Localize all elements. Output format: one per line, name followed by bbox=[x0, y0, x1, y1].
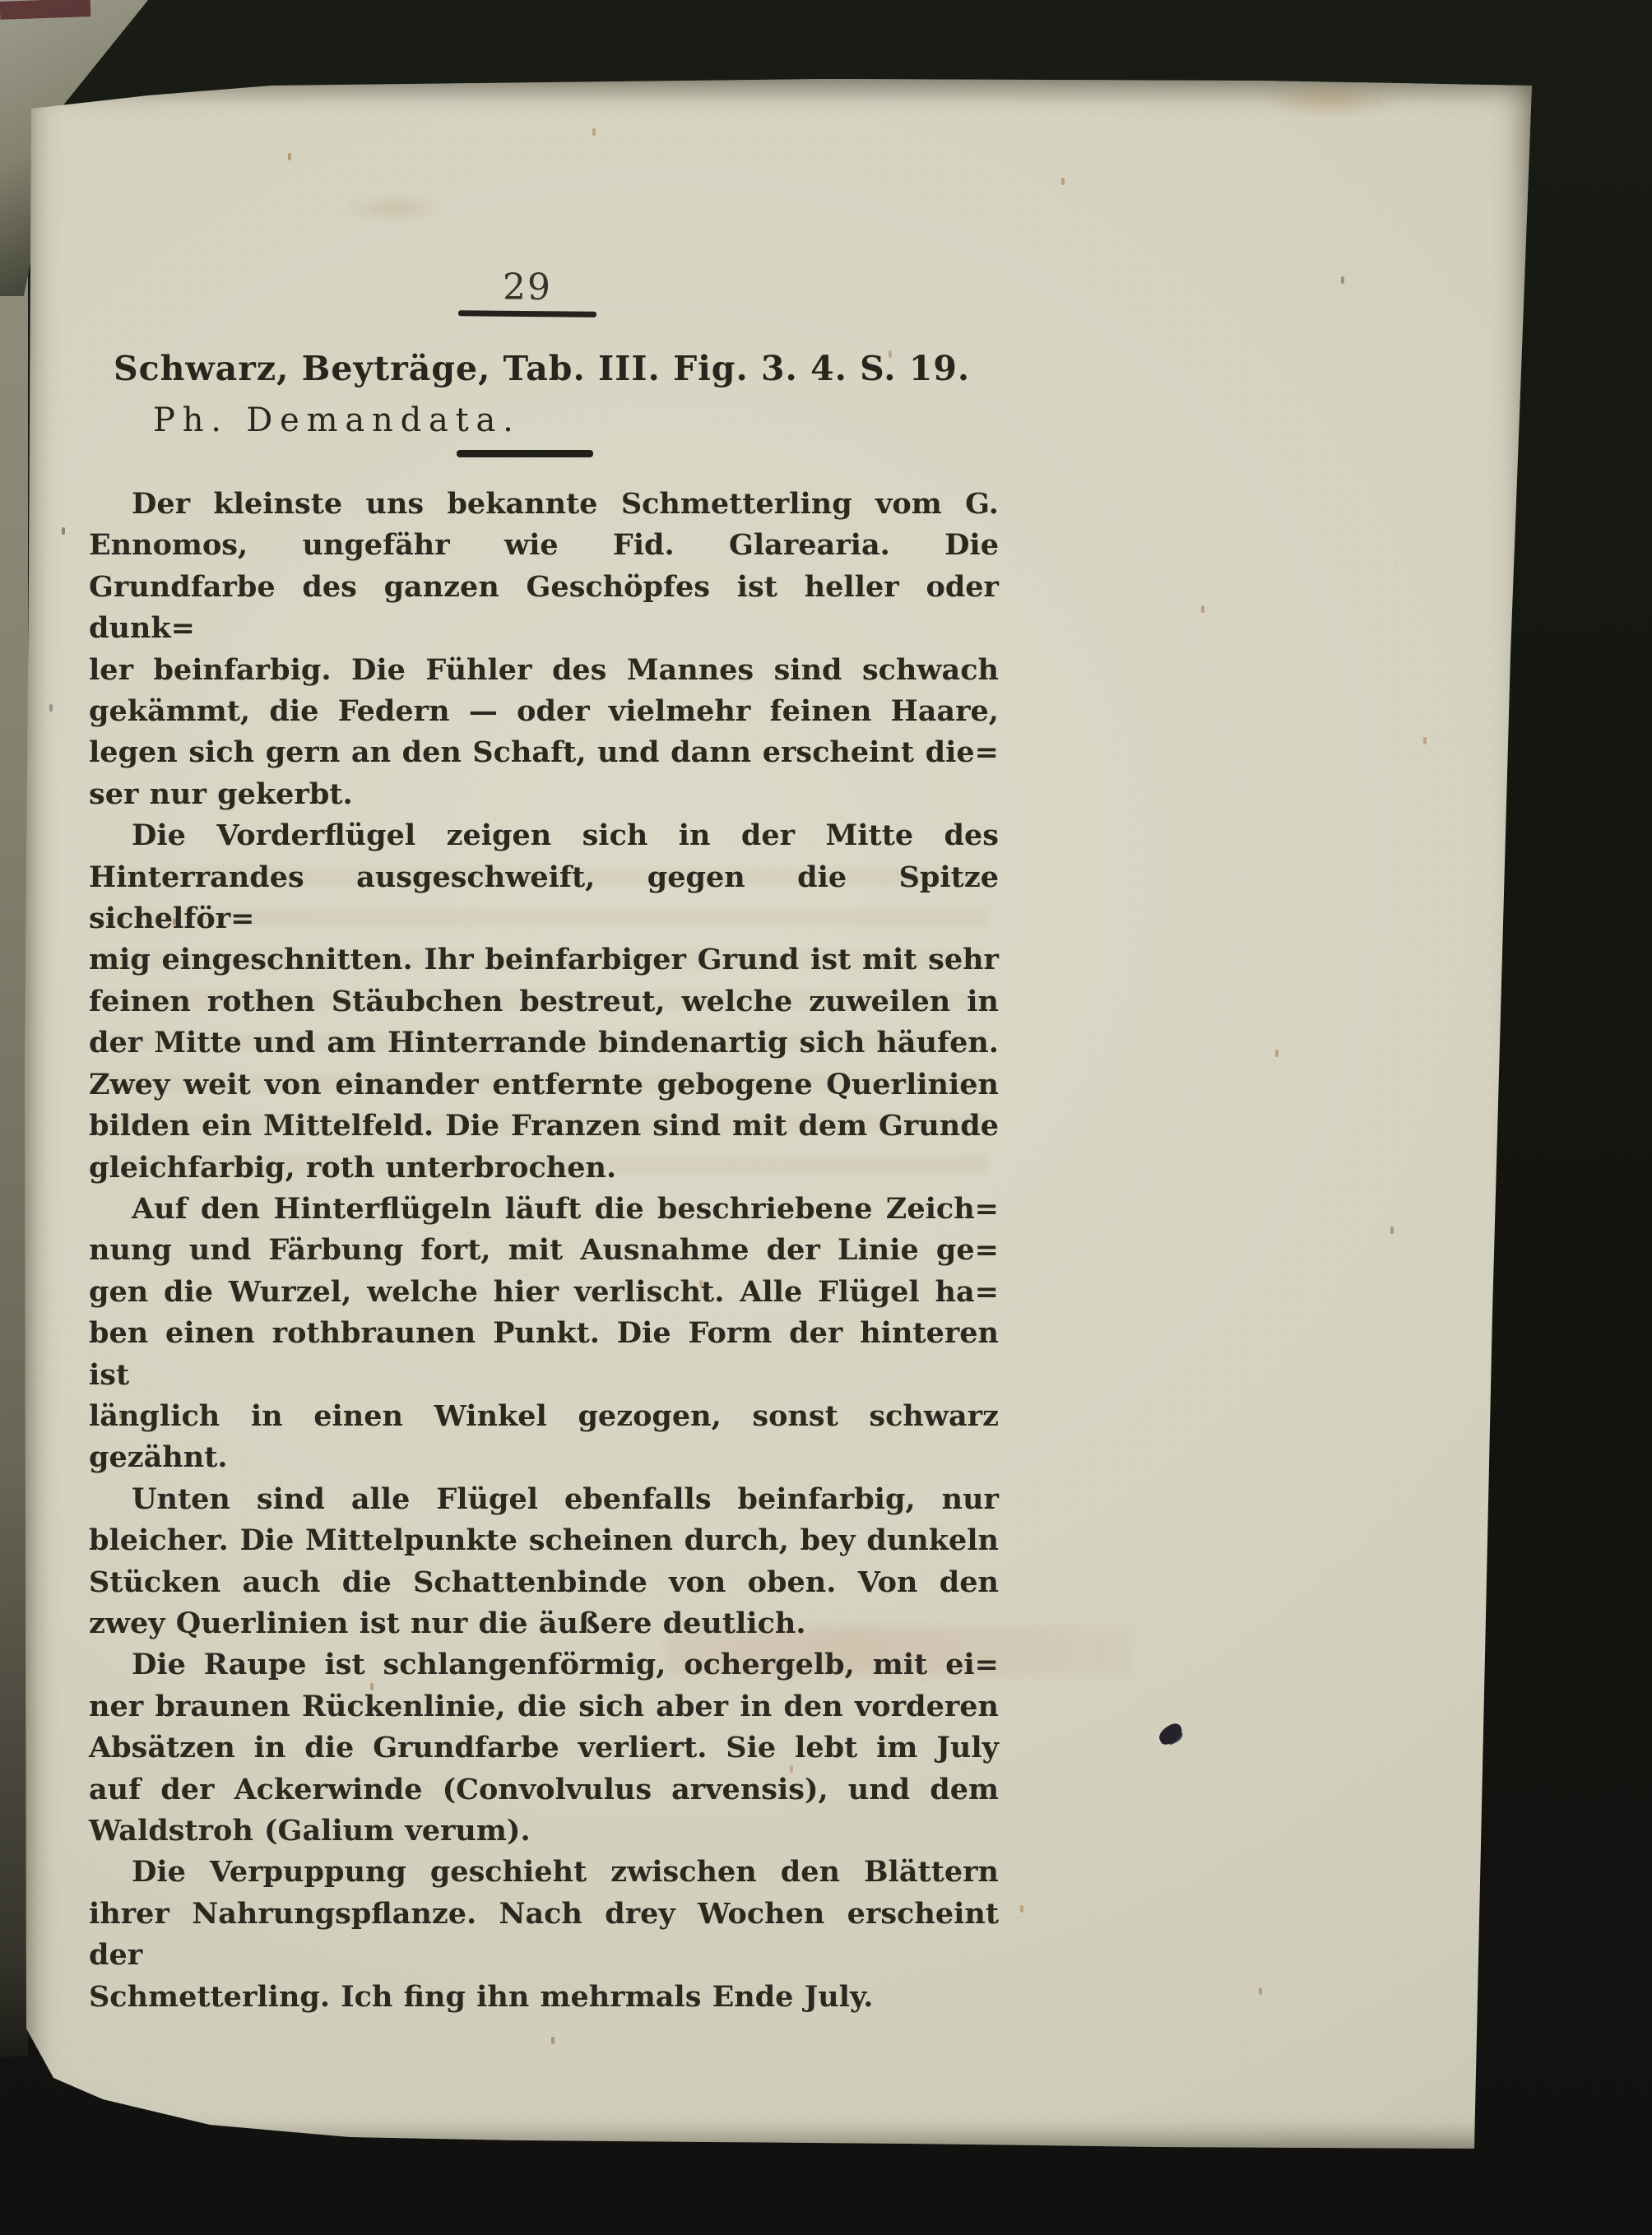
text-line: nung und Färbung fort, mit Ausnahme der … bbox=[89, 1230, 999, 1271]
text-line: der Mitte und am Hinterrande bindenartig… bbox=[89, 1022, 999, 1064]
text-line: Ennomos, ungefähr wie Fid. Glarearia. Di… bbox=[89, 525, 999, 566]
text-line: Auf den Hinterflügeln läuft die beschrie… bbox=[89, 1189, 999, 1230]
text-line: ler beinfarbig. Die Fühler des Mannes si… bbox=[89, 650, 999, 691]
text-line: Schmetterling. Ich fing ihn mehrmals End… bbox=[89, 1977, 999, 2018]
text-line: ser nur gekerbt. bbox=[89, 774, 999, 815]
text-line: Die Vorderflügel zeigen sich in der Mitt… bbox=[89, 815, 999, 856]
citation-line: Schwarz, Beyträge, Tab. III. Fig. 3. 4. … bbox=[114, 349, 970, 388]
text-line: Absätzen in die Grundfarbe verliert. Sie… bbox=[89, 1727, 999, 1769]
scanned-book-page: 29 Schwarz, Beyträge, Tab. III. Fig. 3. … bbox=[0, 0, 1652, 2235]
text-line: ihrer Nahrungspflanze. Nach drey Wochen … bbox=[89, 1894, 999, 1977]
page-number: 29 bbox=[453, 267, 601, 308]
text-line: Waldstroh (Galium verum). bbox=[89, 1811, 999, 1852]
body-text: Der kleinste uns bekannte Schmetterling … bbox=[89, 484, 999, 2018]
text-line: feinen rothen Stäubchen bestreut, welche… bbox=[89, 981, 999, 1022]
text-line: ben einen rothbraunen Punkt. Die Form de… bbox=[89, 1313, 999, 1396]
text-line: zwey Querlinien ist nur die äußere deutl… bbox=[89, 1603, 999, 1644]
text-line: Die Verpuppung geschieht zwischen den Bl… bbox=[89, 1852, 999, 1893]
species-name: Ph. Demandata. bbox=[153, 401, 521, 439]
text-line: Der kleinste uns bekannte Schmetterling … bbox=[89, 484, 999, 525]
text-line: gekämmt, die Federn — oder vielmehr fein… bbox=[89, 691, 999, 732]
printed-content: 29 Schwarz, Beyträge, Tab. III. Fig. 3. … bbox=[25, 79, 1532, 2149]
text-line: Grundfarbe des ganzen Geschöpfes ist hel… bbox=[89, 567, 999, 650]
text-line: Unten sind alle Flügel ebenfalls beinfar… bbox=[89, 1479, 999, 1520]
text-line: gen die Wurzel, welche hier verlischt. A… bbox=[89, 1272, 999, 1313]
text-line: gleichfarbig, roth unterbrochen. bbox=[89, 1148, 999, 1189]
paragraph: Die Vorderflügel zeigen sich in der Mitt… bbox=[89, 815, 999, 1189]
text-line: bleicher. Die Mittelpunkte scheinen durc… bbox=[89, 1520, 999, 1561]
text-line: mig eingeschnitten. Ihr beinfarbiger Gru… bbox=[89, 939, 999, 981]
text-line: Stücken auch die Schattenbinde von oben.… bbox=[89, 1562, 999, 1603]
text-line: Zwey weit von einander entfernte gebogen… bbox=[89, 1064, 999, 1106]
text-line: Die Raupe ist schlangenförmig, ochergelb… bbox=[89, 1644, 999, 1686]
paragraph: Die Verpuppung geschieht zwischen den Bl… bbox=[89, 1852, 999, 2018]
book-edge bbox=[0, 33, 28, 2057]
text-line: bilden ein Mittelfeld. Die Franzen sind … bbox=[89, 1106, 999, 1147]
text-line: länglich in einen Winkel gezogen, sonst … bbox=[89, 1396, 999, 1479]
paragraph: Auf den Hinterflügeln läuft die beschrie… bbox=[89, 1189, 999, 1479]
paragraph: Unten sind alle Flügel ebenfalls beinfar… bbox=[89, 1479, 999, 1645]
binding-sliver bbox=[0, 0, 90, 20]
paragraph: Der kleinste uns bekannte Schmetterling … bbox=[89, 484, 999, 815]
page-number-rule bbox=[458, 310, 596, 317]
page-paper: 29 Schwarz, Beyträge, Tab. III. Fig. 3. … bbox=[25, 79, 1532, 2149]
text-line: Hinterrandes ausgeschweift, gegen die Sp… bbox=[89, 857, 999, 940]
text-line: auf der Ackerwinde (Convolvulus arvensis… bbox=[89, 1769, 999, 1811]
section-divider bbox=[457, 450, 593, 457]
text-line: legen sich gern an den Schaft, und dann … bbox=[89, 732, 999, 773]
text-line: ner braunen Rückenlinie, die sich aber i… bbox=[89, 1686, 999, 1727]
paragraph: Die Raupe ist schlangenförmig, ochergelb… bbox=[89, 1644, 999, 1852]
